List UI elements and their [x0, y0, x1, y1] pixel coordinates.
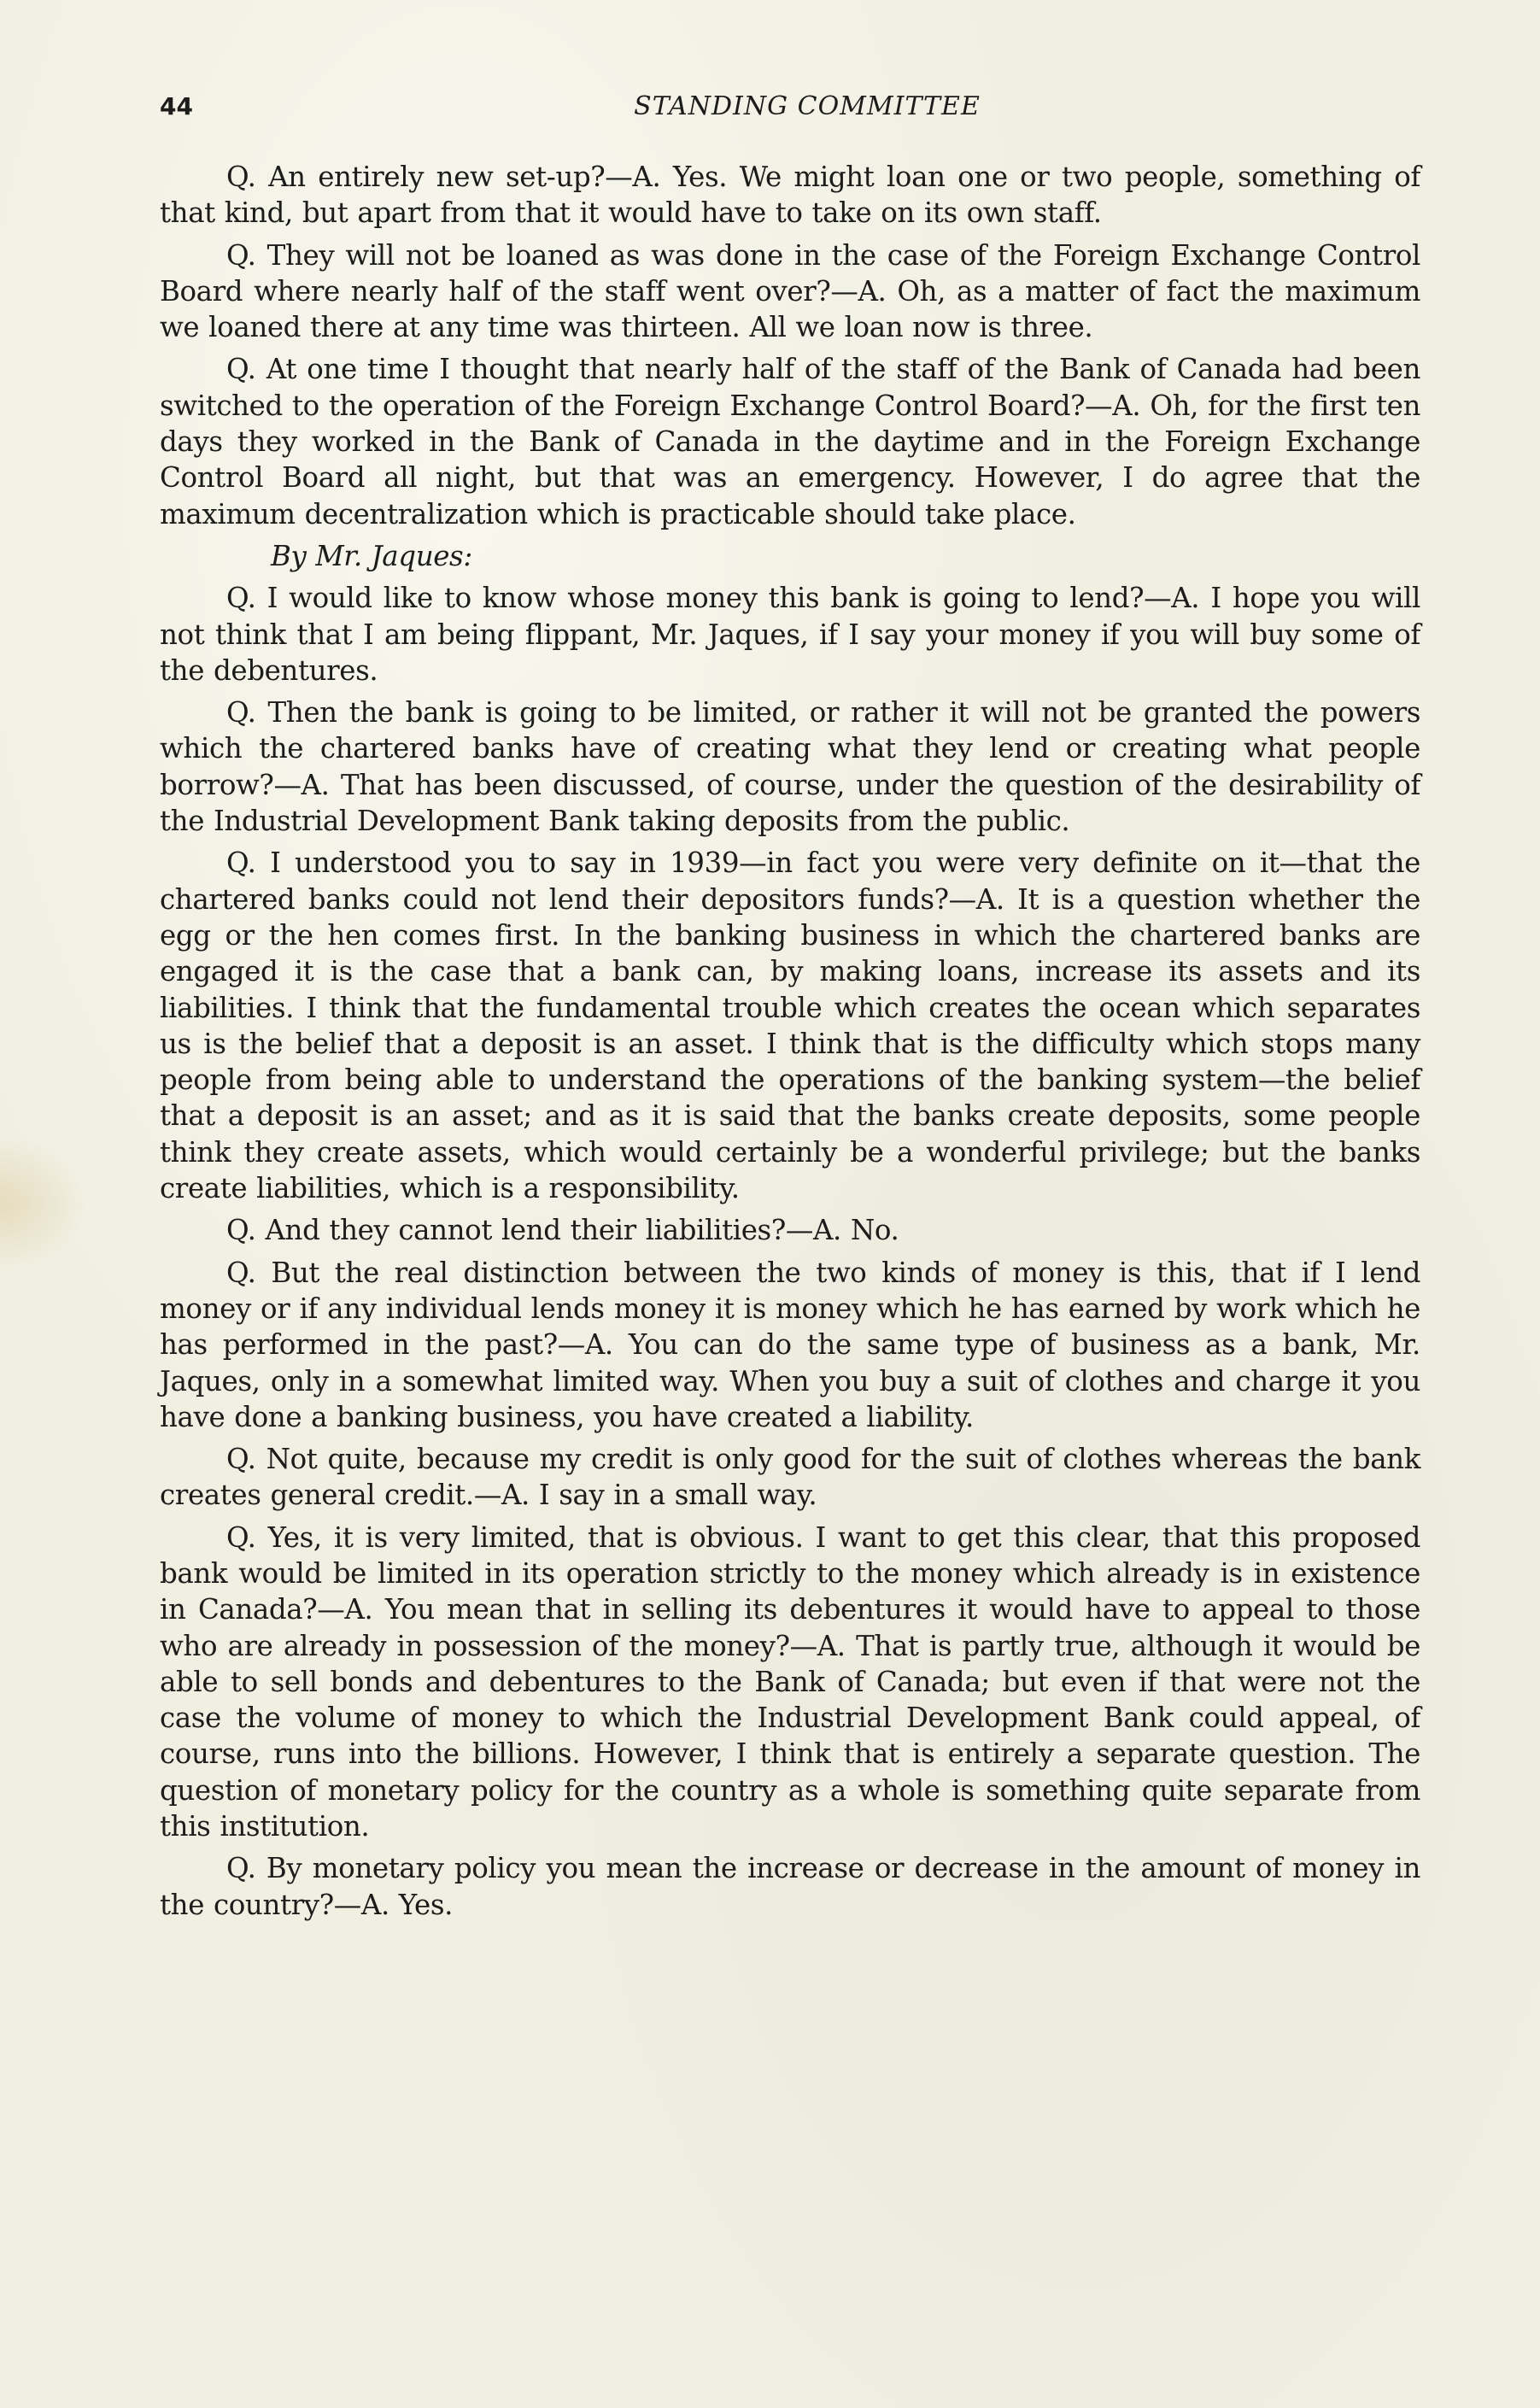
paragraph-monetary-policy: Q. By monetary policy you mean the incre… [160, 1850, 1420, 1923]
paragraph-lend-liabilities: Q. And they cannot lend their liabilitie… [160, 1212, 1420, 1248]
paragraph-new-setup: Q. An entirely new set-up?—A. Yes. We mi… [160, 159, 1420, 231]
speaker-heading: By Mr. Jaques: [160, 538, 1420, 574]
body-text: Q. An entirely new set-up?—A. Yes. We mi… [160, 159, 1420, 1923]
paragraph-money-in-existence: Q. Yes, it is very limited, that is obvi… [160, 1520, 1420, 1845]
paragraph-staff-switched: Q. At one time I thought that nearly hal… [160, 351, 1420, 531]
paragraph-whose-money: Q. I would like to know whose money this… [160, 580, 1420, 688]
running-title: STANDING COMMITTEE [160, 85, 1420, 128]
paragraph-general-credit: Q. Not quite, because my credit is only … [160, 1441, 1420, 1514]
running-header: 44 STANDING COMMITTEE [160, 85, 1420, 128]
paragraph-bank-limited: Q. Then the bank is going to be limited,… [160, 694, 1420, 839]
document-page: 44 STANDING COMMITTEE Q. An entirely new… [160, 85, 1420, 1929]
paragraph-two-kinds-of-money: Q. But the real distinction between the … [160, 1255, 1420, 1435]
paragraph-foreign-exchange-loan: Q. They will not be loaned as was done i… [160, 237, 1420, 346]
paragraph-1939-deposits: Q. I understood you to say in 1939—in fa… [160, 845, 1420, 1206]
